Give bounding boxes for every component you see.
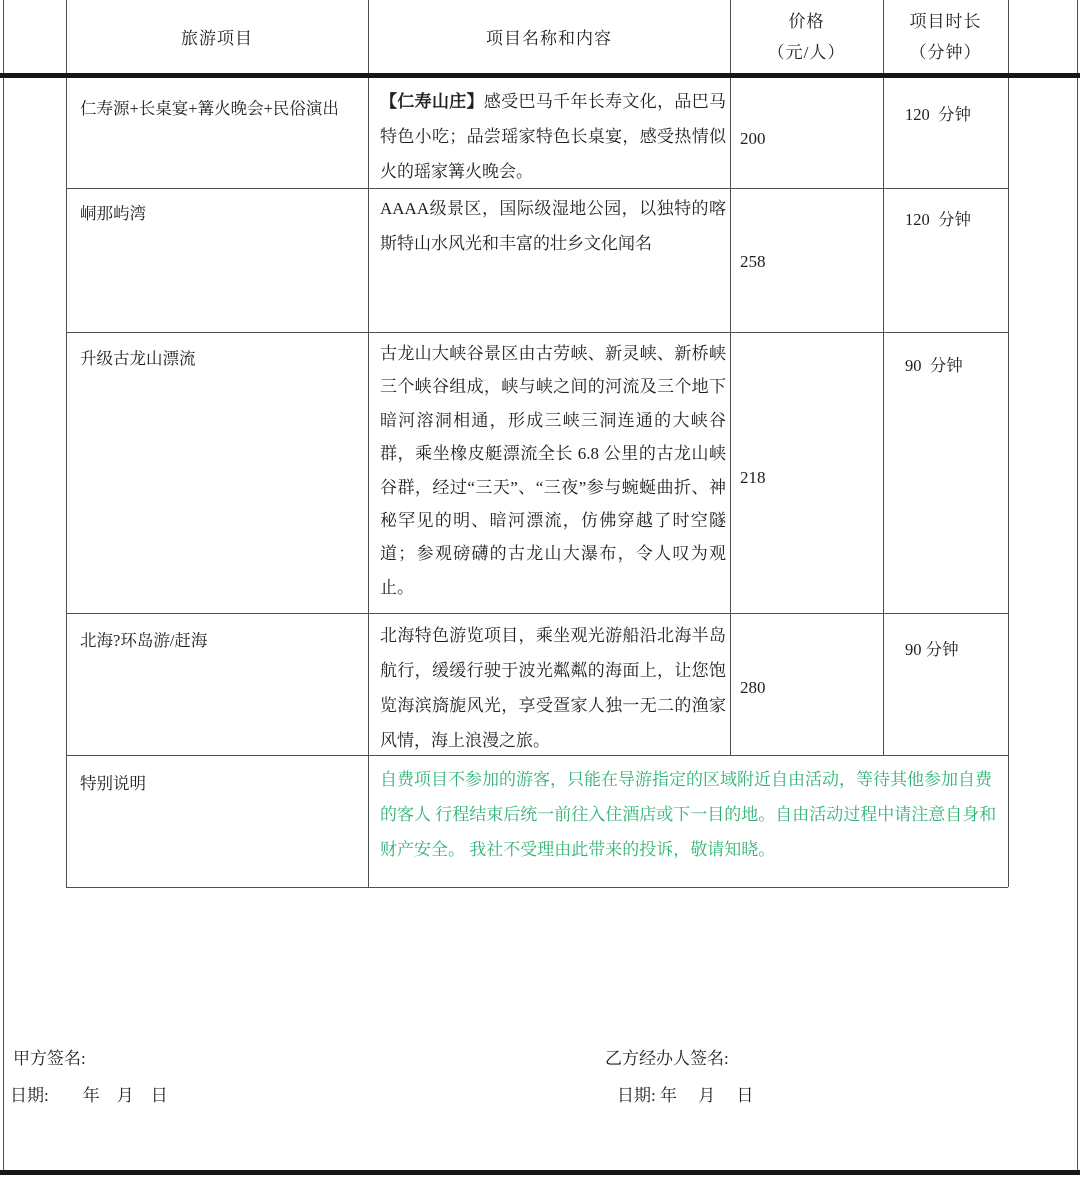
special-note-label: 特别说明 — [80, 770, 360, 794]
header-price-line2: （元/人） — [768, 37, 846, 68]
row4-description: 北海特色游览项目，乘坐观光游船沿北海半岛航行，缓缓行驶于波光粼粼的海面上，让您饱… — [380, 618, 726, 758]
contract-page: 旅游项目 项目名称和内容 价格 （元/人） 项目时长 （分钟） 仁寿源+长桌宴+… — [0, 0, 1080, 1201]
table-col-divider-price-duration — [883, 0, 884, 756]
header-price-column: 价格 （元/人） — [730, 0, 883, 73]
row3-duration: 90 分钟 — [905, 352, 963, 376]
header-content-column: 项目名称和内容 — [368, 0, 730, 73]
row-divider-3 — [66, 613, 1008, 614]
table-col-divider-content-price — [730, 0, 731, 756]
special-note-text: 自费项目不参加的游客，只能在导游指定的区域附近自由活动，等待其他参加自费的客人 … — [380, 762, 1004, 867]
table-bottom-border — [66, 887, 1008, 888]
row1-project-name: 仁寿源+长桌宴+篝火晚会+民俗演出 — [80, 95, 360, 119]
table-col-divider-project-content — [368, 0, 369, 887]
table-col-divider-right-margin — [1008, 0, 1009, 887]
header-duration-line1: 项目时长 — [910, 6, 982, 37]
row1-duration: 120 分钟 — [905, 101, 971, 125]
row2-duration: 120 分钟 — [905, 206, 971, 230]
row3-project-name: 升级古龙山漂流 — [80, 345, 360, 369]
header-duration-line2: （分钟） — [910, 37, 982, 68]
row3-description: 古龙山大峡谷景区由古劳峡、新灵峡、新桥峡三个峡谷组成，峡与峡之间的河流及三个地下… — [380, 337, 726, 604]
row4-duration: 90 分钟 — [905, 636, 959, 660]
row-divider-2 — [66, 332, 1008, 333]
header-separator-thick-line — [0, 73, 1080, 78]
row2-project-name: 峒那屿湾 — [80, 200, 360, 224]
row4-price: 280 — [740, 678, 766, 698]
party-a-signature-label: 甲方签名: — [13, 1044, 86, 1069]
table-outer-left-border — [3, 0, 4, 1171]
row3-price: 218 — [740, 468, 766, 488]
party-a-date-line: 日期: 年 月 日 — [10, 1081, 168, 1106]
row1-description-bold-prefix: 【仁寿山庄】 — [380, 92, 484, 111]
row1-price: 200 — [740, 129, 766, 149]
header-price-line1: 价格 — [789, 6, 825, 37]
row1-description: 【仁寿山庄】感受巴马千年长寿文化，品巴马特色小吃；品尝瑶家特色长桌宴，感受热情似… — [380, 84, 726, 189]
table-col-divider-left-margin — [66, 0, 67, 887]
row4-project-name: 北海?环岛游/赶海 — [80, 627, 360, 651]
party-b-signature-label: 乙方经办人签名: — [605, 1044, 729, 1069]
party-b-date-line: 日期: 年 月 日 — [617, 1081, 753, 1106]
page-bottom-thick-line — [0, 1170, 1080, 1175]
row2-price: 258 — [740, 252, 766, 272]
header-duration-column: 项目时长 （分钟） — [883, 0, 1008, 73]
table-outer-right-border — [1077, 0, 1078, 1171]
row2-description: AAAA级景区，国际级湿地公园，以独特的喀斯特山水风光和丰富的壮乡文化闻名 — [380, 191, 726, 261]
header-project-column: 旅游项目 — [66, 0, 368, 73]
